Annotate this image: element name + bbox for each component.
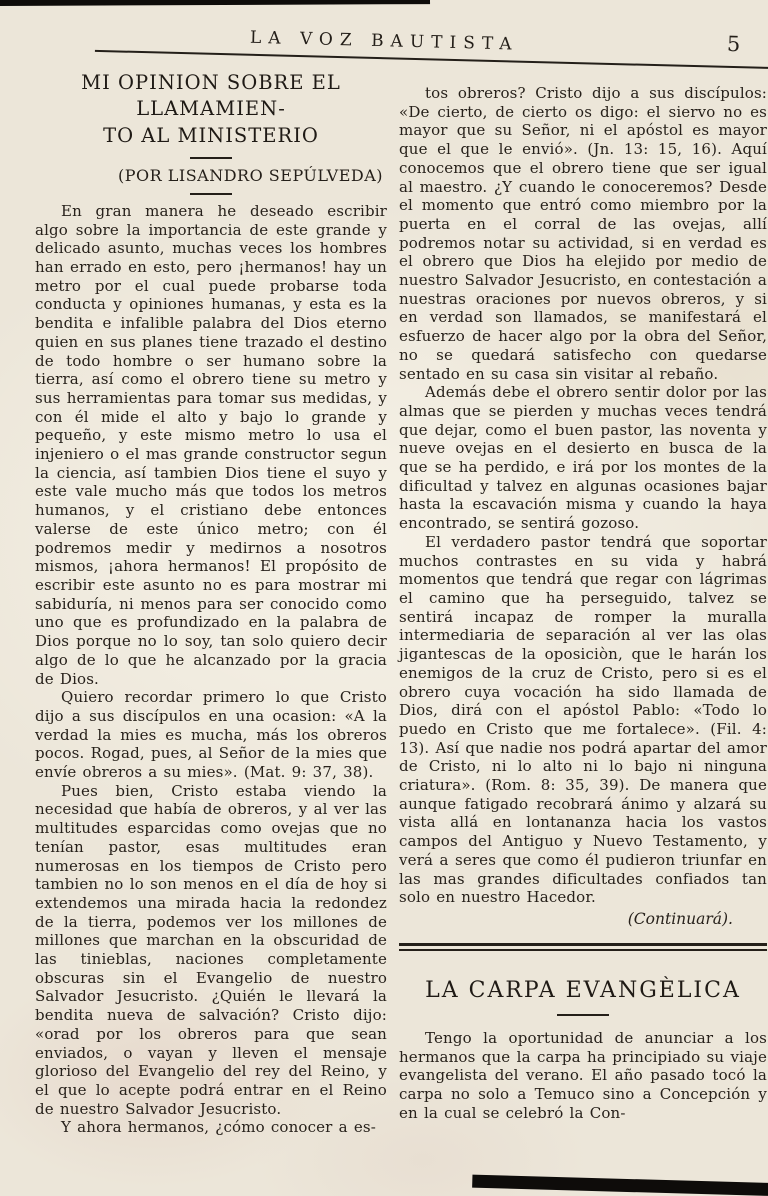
article2-paragraph: Tengo la oportunidad de anunciar a los h… xyxy=(399,1029,767,1123)
right-column: tos obreros? Cristo dijo a sus discípulo… xyxy=(399,64,767,1137)
article1-title: MI OPINION SOBRE EL LLAMAMIEN- TO AL MIN… xyxy=(35,70,387,149)
continuation-note: (Continuará). xyxy=(399,910,767,928)
two-column-layout: MI OPINION SOBRE EL LLAMAMIEN- TO AL MIN… xyxy=(0,64,768,1137)
article1-paragraph: Pues bien, Cristo estaba viendo la neces… xyxy=(35,782,387,1119)
scan-artifact-bottom-bar xyxy=(472,1175,768,1196)
article1-title-line1: MI OPINION SOBRE EL LLAMAMIEN- xyxy=(35,70,387,123)
article2-title-divider-rule xyxy=(557,1014,609,1016)
article1-byline: (POR LISANDRO SEPÚLVEDA) xyxy=(35,166,387,185)
article1-title-line2: TO AL MINISTERIO xyxy=(35,123,387,149)
article1-paragraph: Quiero recordar primero lo que Cristo di… xyxy=(35,688,387,782)
article1-paragraph: Y ahora hermanos, ¿cómo conocer a es- xyxy=(35,1118,387,1137)
title-divider-rule xyxy=(190,157,232,159)
article1-paragraph: Además debe el obrero sentir dolor por l… xyxy=(399,383,767,533)
article1-paragraph-continued: tos obreros? Cristo dijo a sus discípulo… xyxy=(399,84,767,383)
scanned-magazine-page: { "header": { "journal_title": "LA VOZ B… xyxy=(0,0,768,1196)
article1-paragraph: En gran manera he deseado escribir algo … xyxy=(35,202,387,688)
page-number: 5 xyxy=(727,32,741,56)
journal-title: LA VOZ BAUTISTA xyxy=(0,21,768,60)
byline-divider-rule xyxy=(190,193,232,195)
article1-paragraph: El verdadero pastor tendrá que soportar … xyxy=(399,533,767,907)
left-column: MI OPINION SOBRE EL LLAMAMIEN- TO AL MIN… xyxy=(35,64,387,1137)
article2-title: LA CARPA EVANGÈLICA xyxy=(399,978,767,1003)
section-divider-rule xyxy=(399,943,767,951)
